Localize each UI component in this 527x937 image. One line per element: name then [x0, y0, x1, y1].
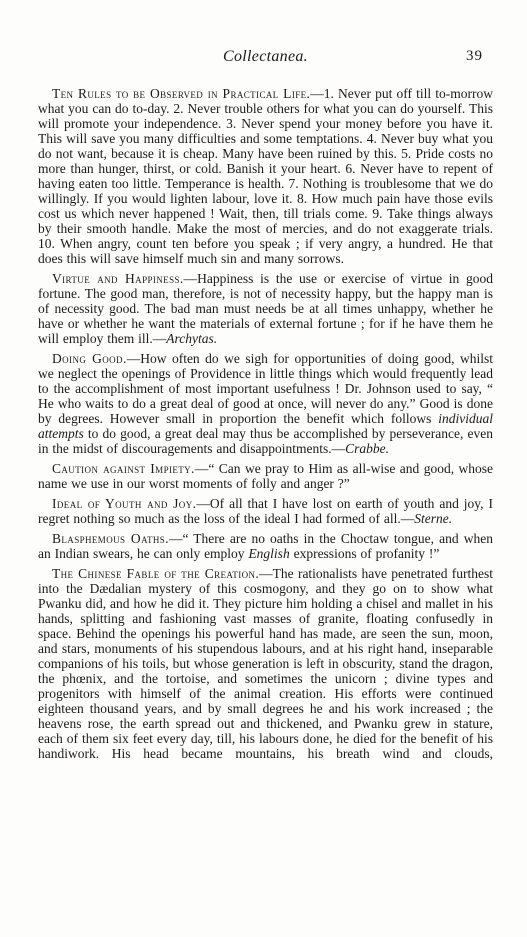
paragraph-heading: Blasphemous Oaths. [52, 531, 169, 546]
emphasized-text: English [248, 546, 289, 561]
running-title: Collectanea. [38, 48, 493, 66]
paragraph-ideal-of-youth-and-joy: Ideal of Youth and Joy.—Of all that I ha… [38, 496, 493, 526]
page-content: Ten Rules to be Observed in Practical Li… [38, 86, 493, 761]
paragraph-virtue-and-happiness: Virtue and Happiness.—Happiness is the u… [38, 271, 493, 346]
paragraph-text: —1. Never put off till to-morrow what yo… [38, 86, 493, 266]
paragraph-heading: Caution against Impiety. [52, 461, 195, 476]
paragraph-blasphemous-oaths: Blasphemous Oaths.—“ There are no oaths … [38, 531, 493, 561]
paragraph-heading: Virtue and Happiness. [52, 271, 184, 286]
page: Collectanea. 39 Ten Rules to be Observed… [0, 0, 527, 937]
paragraph-ten-rules: Ten Rules to be Observed in Practical Li… [38, 86, 493, 266]
paragraph-heading: Ideal of Youth and Joy. [52, 496, 196, 511]
paragraph-heading: The Chinese Fable of the Creation. [52, 566, 259, 581]
paragraph-text: —The rationalists have penetrated furthe… [38, 566, 493, 761]
paragraph-caution-against-impiety: Caution against Impiety.—“ Can we pray t… [38, 461, 493, 491]
attribution: Crabbe. [345, 441, 389, 456]
paragraph-heading: Ten Rules to be Observed in Practical Li… [52, 86, 310, 101]
paragraph-text: to do good, a great deal may thus be acc… [38, 426, 493, 456]
attribution: Archytas. [166, 331, 217, 346]
paragraph-doing-good: Doing Good.—How often do we sigh for opp… [38, 351, 493, 456]
page-number: 39 [466, 48, 483, 65]
attribution: Sterne. [414, 511, 452, 526]
paragraph-heading: Doing Good. [52, 351, 127, 366]
paragraph-text: expressions of profanity !” [290, 546, 440, 561]
paragraph-chinese-fable-of-the-creation: The Chinese Fable of the Creation.—The r… [38, 566, 493, 761]
page-header: Collectanea. 39 [38, 48, 493, 66]
